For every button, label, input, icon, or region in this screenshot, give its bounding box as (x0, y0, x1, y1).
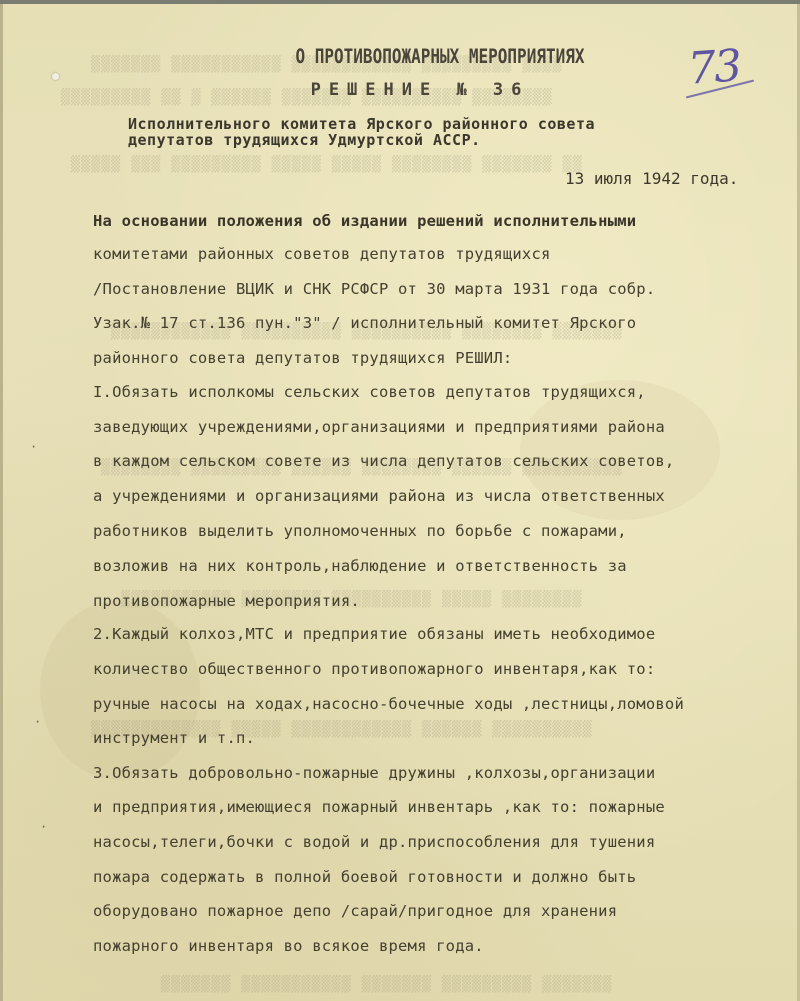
document-topic: О ПРОТИВОПОЖАРНЫХ МЕРОПРИЯТИЯХ (40, 45, 800, 68)
bleed-through-text: ▒▒▒▒▒▒▒ ▒▒▒▒▒▒▒▒▒ ▒▒▒▒▒▒▒ ▒▒▒▒▒▒▒▒▒▒▒ ▒▒… (160, 975, 611, 993)
decision-title: РЕШЕНИЕ № 36 (20, 80, 800, 100)
body-line: и предприятия,имеющиеся пожарный инвента… (93, 798, 665, 816)
body-line: На основании положения об издании решени… (93, 212, 636, 230)
body-line: а учреждениями и организациями района из… (93, 487, 665, 505)
body-line: инструмент и т.п. (93, 729, 255, 747)
body-line: /Постановление ВЦИК и СНК РСФСР от 30 ма… (93, 280, 655, 298)
body-line: пожарного инвентаря во всякое время года… (93, 937, 484, 955)
body-line: районного совета депутатов трудящихся РЕ… (93, 349, 512, 367)
margin-mark: · (30, 440, 37, 454)
decision-date: 13 июля 1942 года. (565, 169, 738, 188)
margin-mark: · (34, 715, 41, 729)
punch-hole (52, 73, 59, 80)
body-line: количество общественного противопожарног… (93, 660, 655, 678)
archival-document-page: ▒▒▒▒ ▒▒▒▒▒▒▒▒▒ ▒▒▒▒▒▒▒▒▒▒▒▒ ▒▒▒▒▒▒▒▒▒▒▒ … (0, 0, 800, 1001)
bleed-through-text: ▒▒ ▒▒▒▒▒▒▒ ▒▒▒▒▒▒▒▒ ▒▒▒▒▒ ▒▒▒▒▒ ▒▒▒▒▒▒▒▒… (70, 155, 582, 173)
body-line: противопожарные мероприятия. (93, 592, 360, 610)
body-line: в каждом сельском совете из числа депута… (93, 452, 674, 470)
body-line: I.Обязать исполкомы сельских советов деп… (93, 383, 646, 401)
body-line: работников выделить уполномоченных по бо… (93, 522, 627, 540)
body-line: 2.Каждый колхоз,МТС и предприятие обязан… (93, 625, 655, 643)
body-line: возложив на них контроль,наблюдение и от… (93, 557, 627, 575)
body-line: оборудовано пожарное депо /сарай/пригодн… (93, 902, 617, 920)
body-line: пожара содержать в полной боевой готовно… (93, 868, 636, 886)
body-line: 3.Обязать добровольно-пожарные дружины ,… (93, 764, 655, 782)
body-line: комитетами районных советов депутатов тр… (93, 245, 551, 263)
margin-mark: · (40, 820, 47, 834)
body-line: заведующих учреждениями,организациями и … (93, 418, 665, 436)
body-line: ручные насосы на ходах,насосно-бочечные … (93, 695, 684, 713)
issuer-line-2: депутатов трудящихся Удмуртской АССР. (128, 131, 481, 149)
body-line: насосы,телеги,бочки с водой и др.приспос… (93, 833, 655, 851)
body-line: Узак.№ 17 ст.136 пун."З" / исполнительны… (93, 314, 636, 332)
